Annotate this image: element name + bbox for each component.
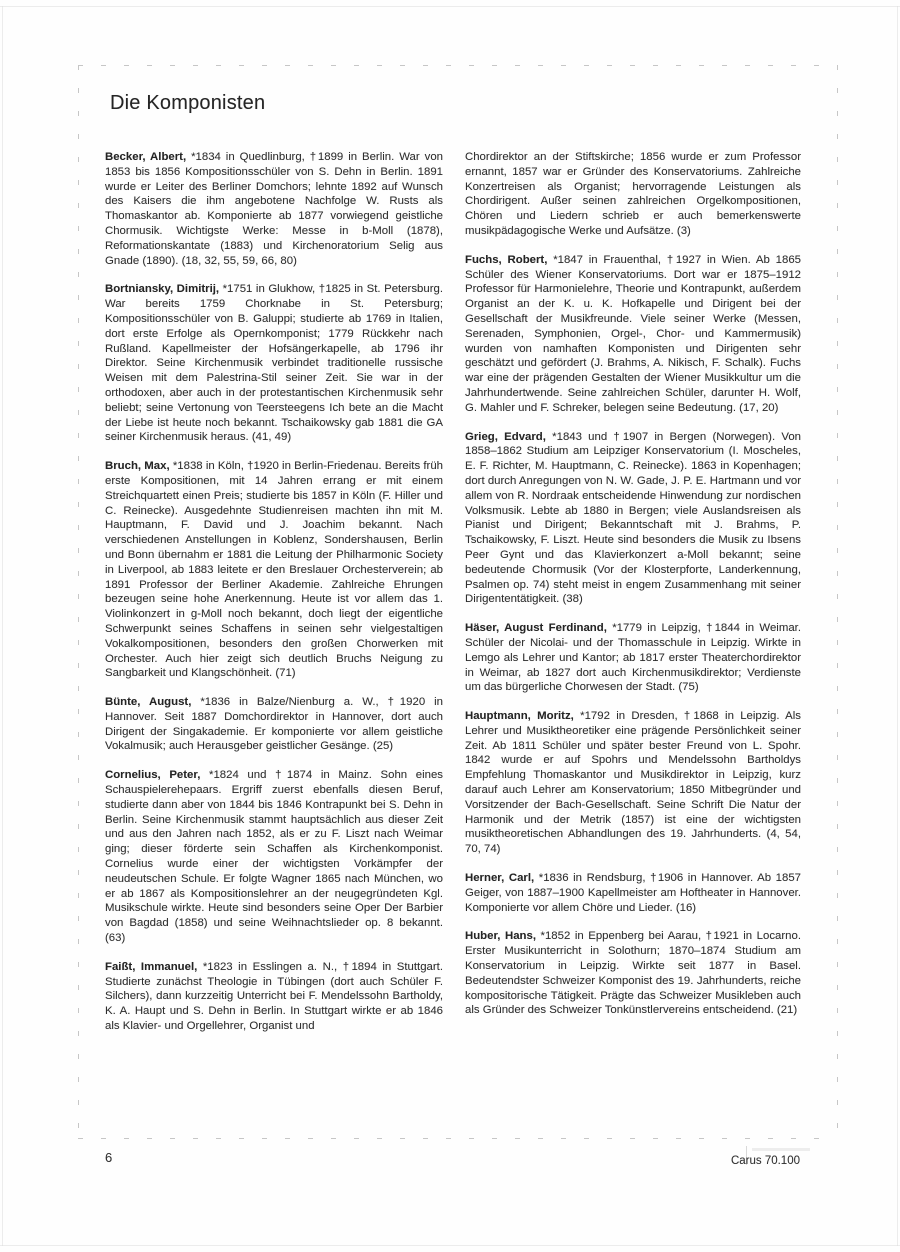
composer-name: Faißt, Immanuel, <box>105 961 197 973</box>
composer-entry-bruch: Bruch, Max, *1838 in Köln, †1920 in Berl… <box>105 459 443 681</box>
scan-edge-bottom <box>0 1245 900 1246</box>
scan-edge-right <box>897 6 898 1246</box>
composer-name: Bruch, Max, <box>105 460 170 472</box>
composer-bio: *1847 in Frauenthal, †1927 in Wien. Ab 1… <box>465 254 801 414</box>
composer-entry-grieg: Grieg, Edvard, *1843 und †1907 in Bergen… <box>465 430 801 608</box>
composer-name: Fuchs, Robert, <box>465 254 547 266</box>
composer-name: Grieg, Edvard, <box>465 431 546 443</box>
scan-edge-left <box>2 6 3 1246</box>
page-number: 6 <box>105 1150 112 1165</box>
composer-name: Becker, Albert, <box>105 151 186 163</box>
footer-print-smudge <box>752 1148 810 1151</box>
scan-edge-top <box>0 6 900 7</box>
composer-entry-buente: Bünte, August, *1836 in Balze/Nienburg a… <box>105 695 443 754</box>
composer-bio: *1824 und †1874 in Mainz. Sohn eines Sch… <box>105 769 443 944</box>
composer-bio: *1792 in Dresden, †1868 in Leipzig. Als … <box>465 710 801 855</box>
composer-entry-hauptmann: Hauptmann, Moritz, *1792 in Dresden, †18… <box>465 709 801 857</box>
composer-name: Häser, August Ferdinand, <box>465 622 607 634</box>
composer-name: Cornelius, Peter, <box>105 769 200 781</box>
composer-bio: *1834 in Quedlinburg, †1899 in Berlin. W… <box>105 151 443 267</box>
composer-name: Bortniansky, Dimitrij, <box>105 283 219 295</box>
composer-bio: *1838 in Köln, †1920 in Berlin-Friedenau… <box>105 460 443 679</box>
crop-mark-left <box>78 65 79 1138</box>
composer-bio: *1852 in Eppenberg bei Aarau, †1921 in L… <box>465 930 801 1016</box>
composer-name: Bünte, August, <box>105 696 191 708</box>
composer-name: Hauptmann, Moritz, <box>465 710 574 722</box>
page-title: Die Komponisten <box>110 92 265 115</box>
composer-name: Huber, Hans, <box>465 930 536 942</box>
composer-entry-huber: Huber, Hans, *1852 in Eppenberg bei Aara… <box>465 929 801 1018</box>
composer-entry-becker: Becker, Albert, *1834 in Quedlinburg, †1… <box>105 150 443 268</box>
composer-entry-faisst-continuation: Chordirektor an der Stiftskirche; 1856 w… <box>465 150 801 239</box>
composer-entry-cornelius: Cornelius, Peter, *1824 und †1874 in Mai… <box>105 768 443 946</box>
right-column: Chordirektor an der Stiftskirche; 1856 w… <box>465 150 801 1032</box>
composer-entry-haeser: Häser, August Ferdinand, *1779 in Leipzi… <box>465 621 801 695</box>
composer-entry-bortniansky: Bortniansky, Dimitrij, *1751 in Glukhow,… <box>105 282 443 445</box>
crop-mark-top <box>78 65 837 66</box>
composer-entry-herner: Herner, Carl, *1836 in Rendsburg, †1906 … <box>465 871 801 915</box>
catalog-number: Carus 70.100 <box>731 1155 800 1167</box>
composer-bio: *1843 und †1907 in Bergen (Norwegen). Vo… <box>465 431 801 606</box>
composer-entry-fuchs: Fuchs, Robert, *1847 in Frauenthal, †192… <box>465 253 801 416</box>
crop-mark-right <box>837 65 838 1138</box>
composer-bio-continuation: Chordirektor an der Stiftskirche; 1856 w… <box>465 151 801 237</box>
composer-entry-faisst: Faißt, Immanuel, *1823 in Esslingen a. N… <box>105 960 443 1034</box>
crop-mark-bottom <box>78 1138 837 1139</box>
left-column: Becker, Albert, *1834 in Quedlinburg, †1… <box>105 150 443 1048</box>
scanned-book-page: { "page": { "title": "Die Komponisten", … <box>0 0 900 1252</box>
composer-name: Herner, Carl, <box>465 872 534 884</box>
composer-bio: *1751 in Glukhow, †1825 in St. Petersbur… <box>105 283 443 443</box>
